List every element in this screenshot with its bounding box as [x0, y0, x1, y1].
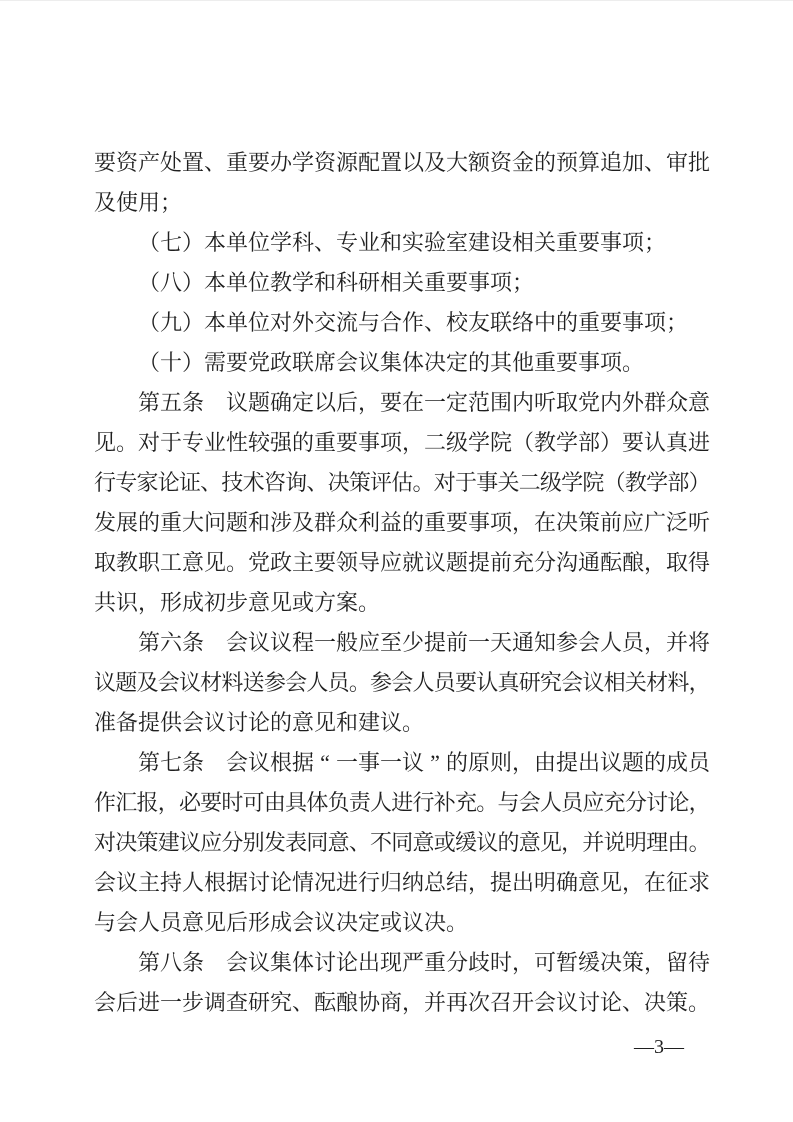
document-line: 准备提供会议讨论的意见和建议。	[94, 703, 710, 743]
document-line: （十）需要党政联席会议集体决定的其他重要事项。	[94, 343, 710, 383]
document-body-text: 要资产处置、重要办学资源配置以及大额资金的预算追加、审批及使用；（七）本单位学科…	[94, 143, 710, 1023]
document-line: 及使用；	[94, 183, 710, 223]
document-line: 发展的重大问题和涉及群众利益的重要事项，在决策前应广泛听	[94, 503, 710, 543]
document-line: 见。对于专业性较强的重要事项，二级学院（教学部）要认真进	[94, 423, 710, 463]
document-line: 第七条 会议根据“一事一议”的原则，由提出议题的成员	[94, 743, 710, 783]
document-line: 会后进一步调查研究、酝酿协商，并再次召开会议讨论、决策。	[94, 983, 710, 1023]
document-line: 行专家论证、技术咨询、决策评估。对于事关二级学院（教学部）	[94, 463, 710, 503]
document-line: 第六条 会议议程一般应至少提前一天通知参会人员，并将	[94, 623, 710, 663]
document-line: 要资产处置、重要办学资源配置以及大额资金的预算追加、审批	[94, 143, 710, 183]
document-line: 第五条 议题确定以后，要在一定范围内听取党内外群众意	[94, 383, 710, 423]
page-number: —3—	[634, 1036, 684, 1058]
document-line: 与会人员意见后形成会议决定或议决。	[94, 903, 710, 943]
document-line: 取教职工意见。党政主要领导应就议题提前充分沟通酝酿，取得	[94, 543, 710, 583]
document-line: （八）本单位教学和科研相关重要事项；	[94, 263, 710, 303]
document-page: 要资产处置、重要办学资源配置以及大额资金的预算追加、审批及使用；（七）本单位学科…	[0, 0, 793, 1122]
document-line: 共识，形成初步意见或方案。	[94, 583, 710, 623]
document-line: 会议主持人根据讨论情况进行归纳总结，提出明确意见，在征求	[94, 863, 710, 903]
document-line: 作汇报，必要时可由具体负责人进行补充。与会人员应充分讨论，	[94, 783, 710, 823]
document-line: 对决策建议应分别发表同意、不同意或缓议的意见，并说明理由。	[94, 823, 710, 863]
document-line: 第八条 会议集体讨论出现严重分歧时，可暂缓决策，留待	[94, 943, 710, 983]
document-line: （九）本单位对外交流与合作、校友联络中的重要事项；	[94, 303, 710, 343]
document-line: （七）本单位学科、专业和实验室建设相关重要事项；	[94, 223, 710, 263]
document-line: 议题及会议材料送参会人员。参会人员要认真研究会议相关材料，	[94, 663, 710, 703]
